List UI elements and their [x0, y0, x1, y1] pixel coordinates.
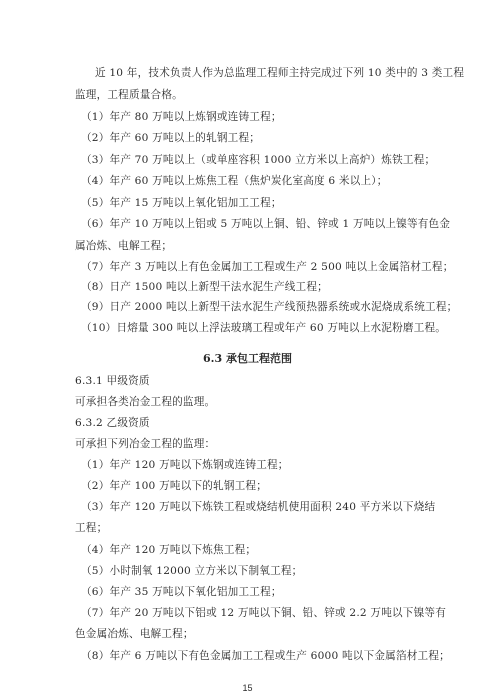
list-item: （3）年产 120 万吨以下炼铁工程或烧结机使用面积 240 平方米以下烧结	[81, 500, 435, 514]
intro-paragraph-line-1: 近 10 年，技术负责人作为总监理工程师主持完成过下列 10 类中的 3 类工程	[95, 66, 464, 80]
list-item: （4）年产 60 万吨以上炼焦工程（焦炉炭化室高度 6 米以上）；	[81, 174, 388, 188]
list-item: （6）年产 10 万吨以上铝或 5 万吨以上铜、铅、锌或 1 万吨以上镍等有色金	[81, 217, 450, 231]
list-item-continuation: 色金属冶炼、电解工程；	[75, 627, 194, 641]
subsection-text-grade-b: 可承担下列冶金工程的监理：	[75, 437, 215, 451]
subsection-title-grade-b: 6.3.2 乙级资质	[75, 416, 150, 430]
list-item: （2）年产 60 万吨以上的轧钢工程；	[81, 131, 260, 145]
list-item: （3）年产 70 万吨以上（或单座容积 1000 立方米以上高炉）炼铁工程；	[81, 153, 435, 167]
list-item: （6）年产 35 万吨以下氧化铝加工工程；	[81, 585, 282, 599]
list-item: （9）日产 2000 吨以上新型干法水泥生产线预热器系统或水泥烧成系统工程；	[81, 300, 457, 314]
list-item: （7）年产 20 万吨以下铝或 12 万吨以下铜、铅、锌或 2.2 万吨以下镍等…	[81, 606, 446, 620]
list-item: （1）年产 120 万吨以下炼钢或连铸工程；	[81, 458, 289, 472]
list-item: （10）日熔量 300 吨以上浮法玻璃工程或年产 60 万吨以上水泥粉磨工程。	[81, 321, 446, 335]
list-item: （8）年产 6 万吨以下有色金属加工工程或生产 6000 吨以下金属箔材工程；	[81, 649, 450, 663]
page-number: 15	[0, 682, 495, 694]
list-item-continuation: 工程；	[75, 521, 107, 535]
list-item: （2）年产 100 万吨以下的轧钢工程；	[81, 479, 267, 493]
list-item: （5）年产 15 万吨以上氧化铝加工工程；	[81, 196, 282, 210]
list-item: （1）年产 80 万吨以上炼钢或连铸工程；	[81, 110, 282, 124]
intro-paragraph-line-2: 监理，工程质量合格。	[75, 88, 183, 102]
subsection-title-grade-a: 6.3.1 甲级资质	[75, 374, 150, 388]
list-item-continuation: 属冶炼、电解工程；	[75, 239, 172, 253]
section-heading: 6.3 承包工程范围	[0, 352, 495, 366]
list-item: （7）年产 3 万吨以上有色金属加工工程或生产 2 500 吨以上金属箔材工程；	[81, 260, 454, 274]
list-item: （8）日产 1500 吨以上新型干法水泥生产线工程；	[81, 280, 328, 294]
list-item: （4）年产 120 万吨以下炼焦工程；	[81, 543, 256, 557]
subsection-text-grade-a: 可承担各类冶金工程的监理。	[75, 395, 215, 409]
list-item: （5）小时制氧 12000 立方米以下制氧工程；	[81, 564, 302, 578]
